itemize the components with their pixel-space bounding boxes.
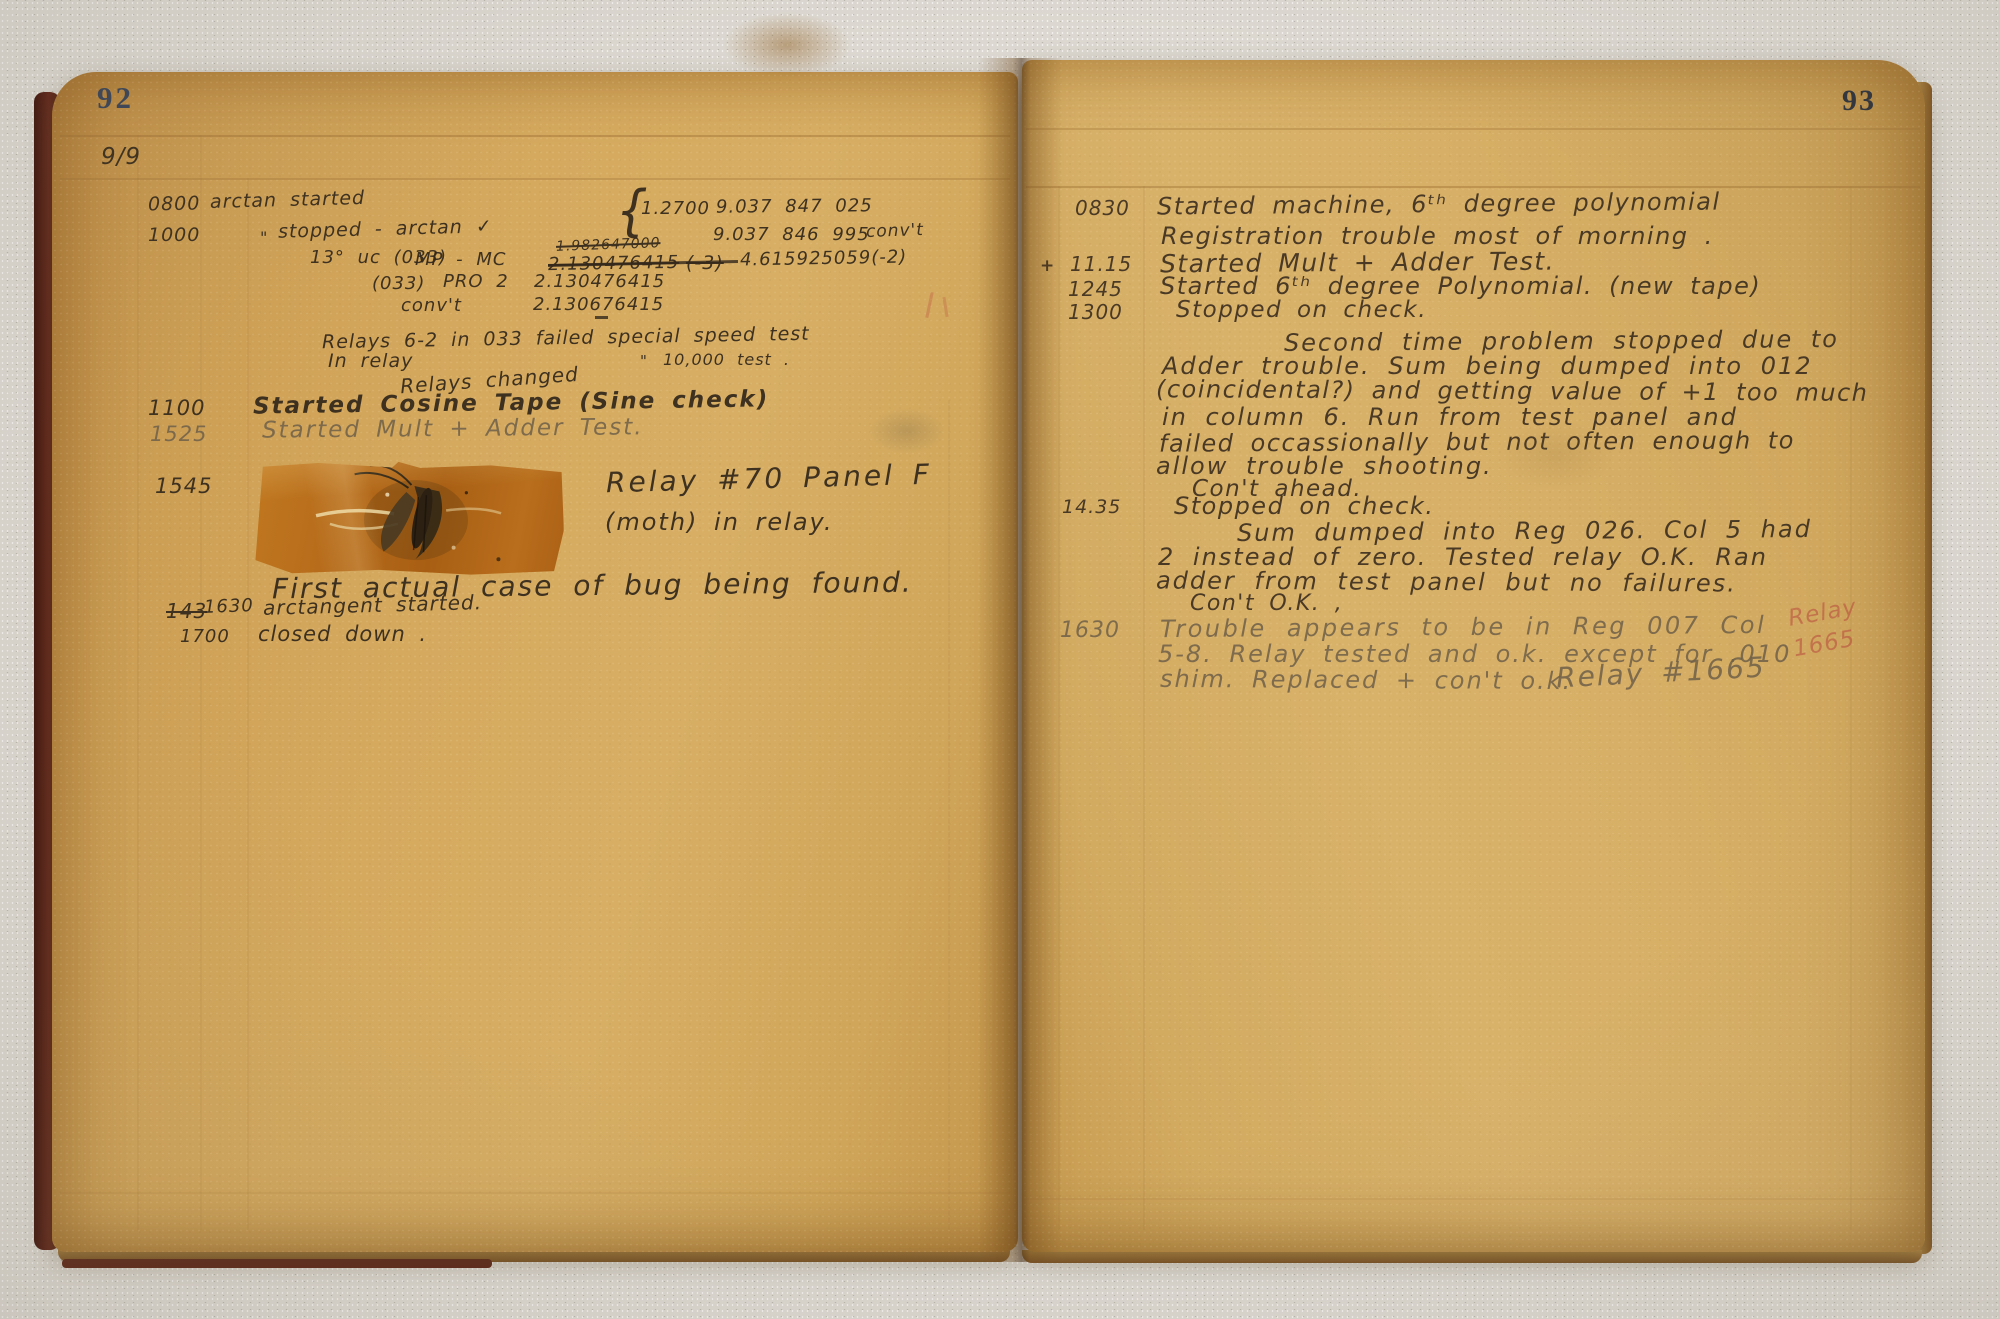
- ditto-mark: ": [640, 352, 648, 370]
- log-time-0800: 0800: [148, 193, 201, 216]
- paper-stain: [722, 12, 852, 78]
- log-text-1245: Started 6ᵗʰ degree Polynomial. (new tape…: [1160, 272, 1761, 300]
- photo-backdrop: 92 9/9 0800 arctan started { 1.2700 9.03…: [0, 0, 2000, 1319]
- log-text-0800: arctan started: [210, 187, 366, 213]
- ditto-mark: ": [260, 228, 268, 247]
- value-2130476415: 2.130476415: [534, 271, 665, 292]
- ruled-line: [948, 400, 950, 1230]
- value-1-2700: 1.2700: [641, 198, 710, 219]
- log-time-1545: 1545: [155, 474, 212, 498]
- log-time-1000: 1000: [148, 224, 200, 246]
- ruled-line: [1026, 186, 1920, 188]
- log-time-1630-right: 1630: [1060, 618, 1120, 643]
- struck-time-143: 143: [166, 599, 207, 623]
- log-text-0830-line2: Registration trouble most of morning .: [1161, 222, 1714, 250]
- log-time-1245: 1245: [1068, 277, 1123, 301]
- log-date: 9/9: [101, 144, 141, 170]
- log-time-1435: 14.35: [1062, 496, 1121, 518]
- moth-tape: [255, 460, 565, 578]
- ruled-line: [1026, 1198, 1920, 1200]
- log-text-1630-line3: shim. Replaced + con't o.k.: [1160, 665, 1572, 695]
- log-text-1700: closed down .: [258, 622, 427, 646]
- page-number-right: 93: [1842, 84, 1876, 118]
- ruled-line: [247, 178, 249, 1230]
- log-time-1115: 11.15: [1070, 252, 1132, 276]
- log-text-1630-line1: Trouble appears to be in Reg 007 Col: [1160, 611, 1766, 643]
- value-9037847025: 9.037 847 025: [716, 195, 873, 217]
- ruled-line: [60, 1192, 1010, 1194]
- moth-specimen: [255, 460, 565, 578]
- log-text-1545-line2: (moth) in relay.: [605, 508, 834, 536]
- label-033: (033): [372, 273, 425, 294]
- page-number-left: 92: [97, 80, 134, 116]
- log-text-1435: Stopped on check.: [1174, 492, 1434, 520]
- log-time-0830: 0830: [1075, 196, 1130, 220]
- ruled-line: [60, 178, 1010, 180]
- value-9037846995: 9.037 846 995: [713, 224, 870, 245]
- ruled-line: [60, 135, 1010, 137]
- log-time-1700: 1700: [180, 626, 230, 647]
- log-text-0830-line1: Started machine, 6ᵗʰ degree polynomial: [1157, 188, 1721, 221]
- label-mp-mc: MP - MC: [415, 249, 506, 270]
- note-convt-top: conv't: [866, 220, 925, 242]
- ruled-line: [137, 135, 139, 1230]
- log-text-1300: Stopped on check.: [1176, 297, 1427, 323]
- ruled-line: [1143, 186, 1145, 1230]
- log-time-1300: 1300: [1068, 300, 1123, 324]
- digit-underline-mark: [595, 316, 608, 319]
- log-para-line: Con't O.K. ,: [1190, 591, 1343, 616]
- note-10000-test: 10,000 test .: [663, 350, 790, 369]
- ruled-line: [1026, 128, 1920, 130]
- ruled-line: [1850, 186, 1852, 1230]
- book-cover-bottom-sliver: [62, 1259, 492, 1268]
- log-text-1525: Started Mult + Adder Test.: [262, 414, 644, 443]
- log-text-in-relay: In relay: [328, 350, 413, 372]
- ruled-line: [1058, 186, 1060, 1230]
- margin-star-mark: +: [1040, 256, 1055, 276]
- log-time-1630-left: 1630: [204, 595, 255, 618]
- label-pro2: PRO 2: [443, 271, 509, 292]
- value-4615925059: 4.615925059(-2): [740, 247, 908, 271]
- value-2130676415: 2.130676415: [533, 294, 664, 315]
- log-time-1100: 1100: [148, 396, 205, 420]
- label-convt: conv't: [401, 295, 462, 316]
- log-time-1525: 1525: [150, 422, 207, 446]
- ruled-line: [200, 135, 202, 1230]
